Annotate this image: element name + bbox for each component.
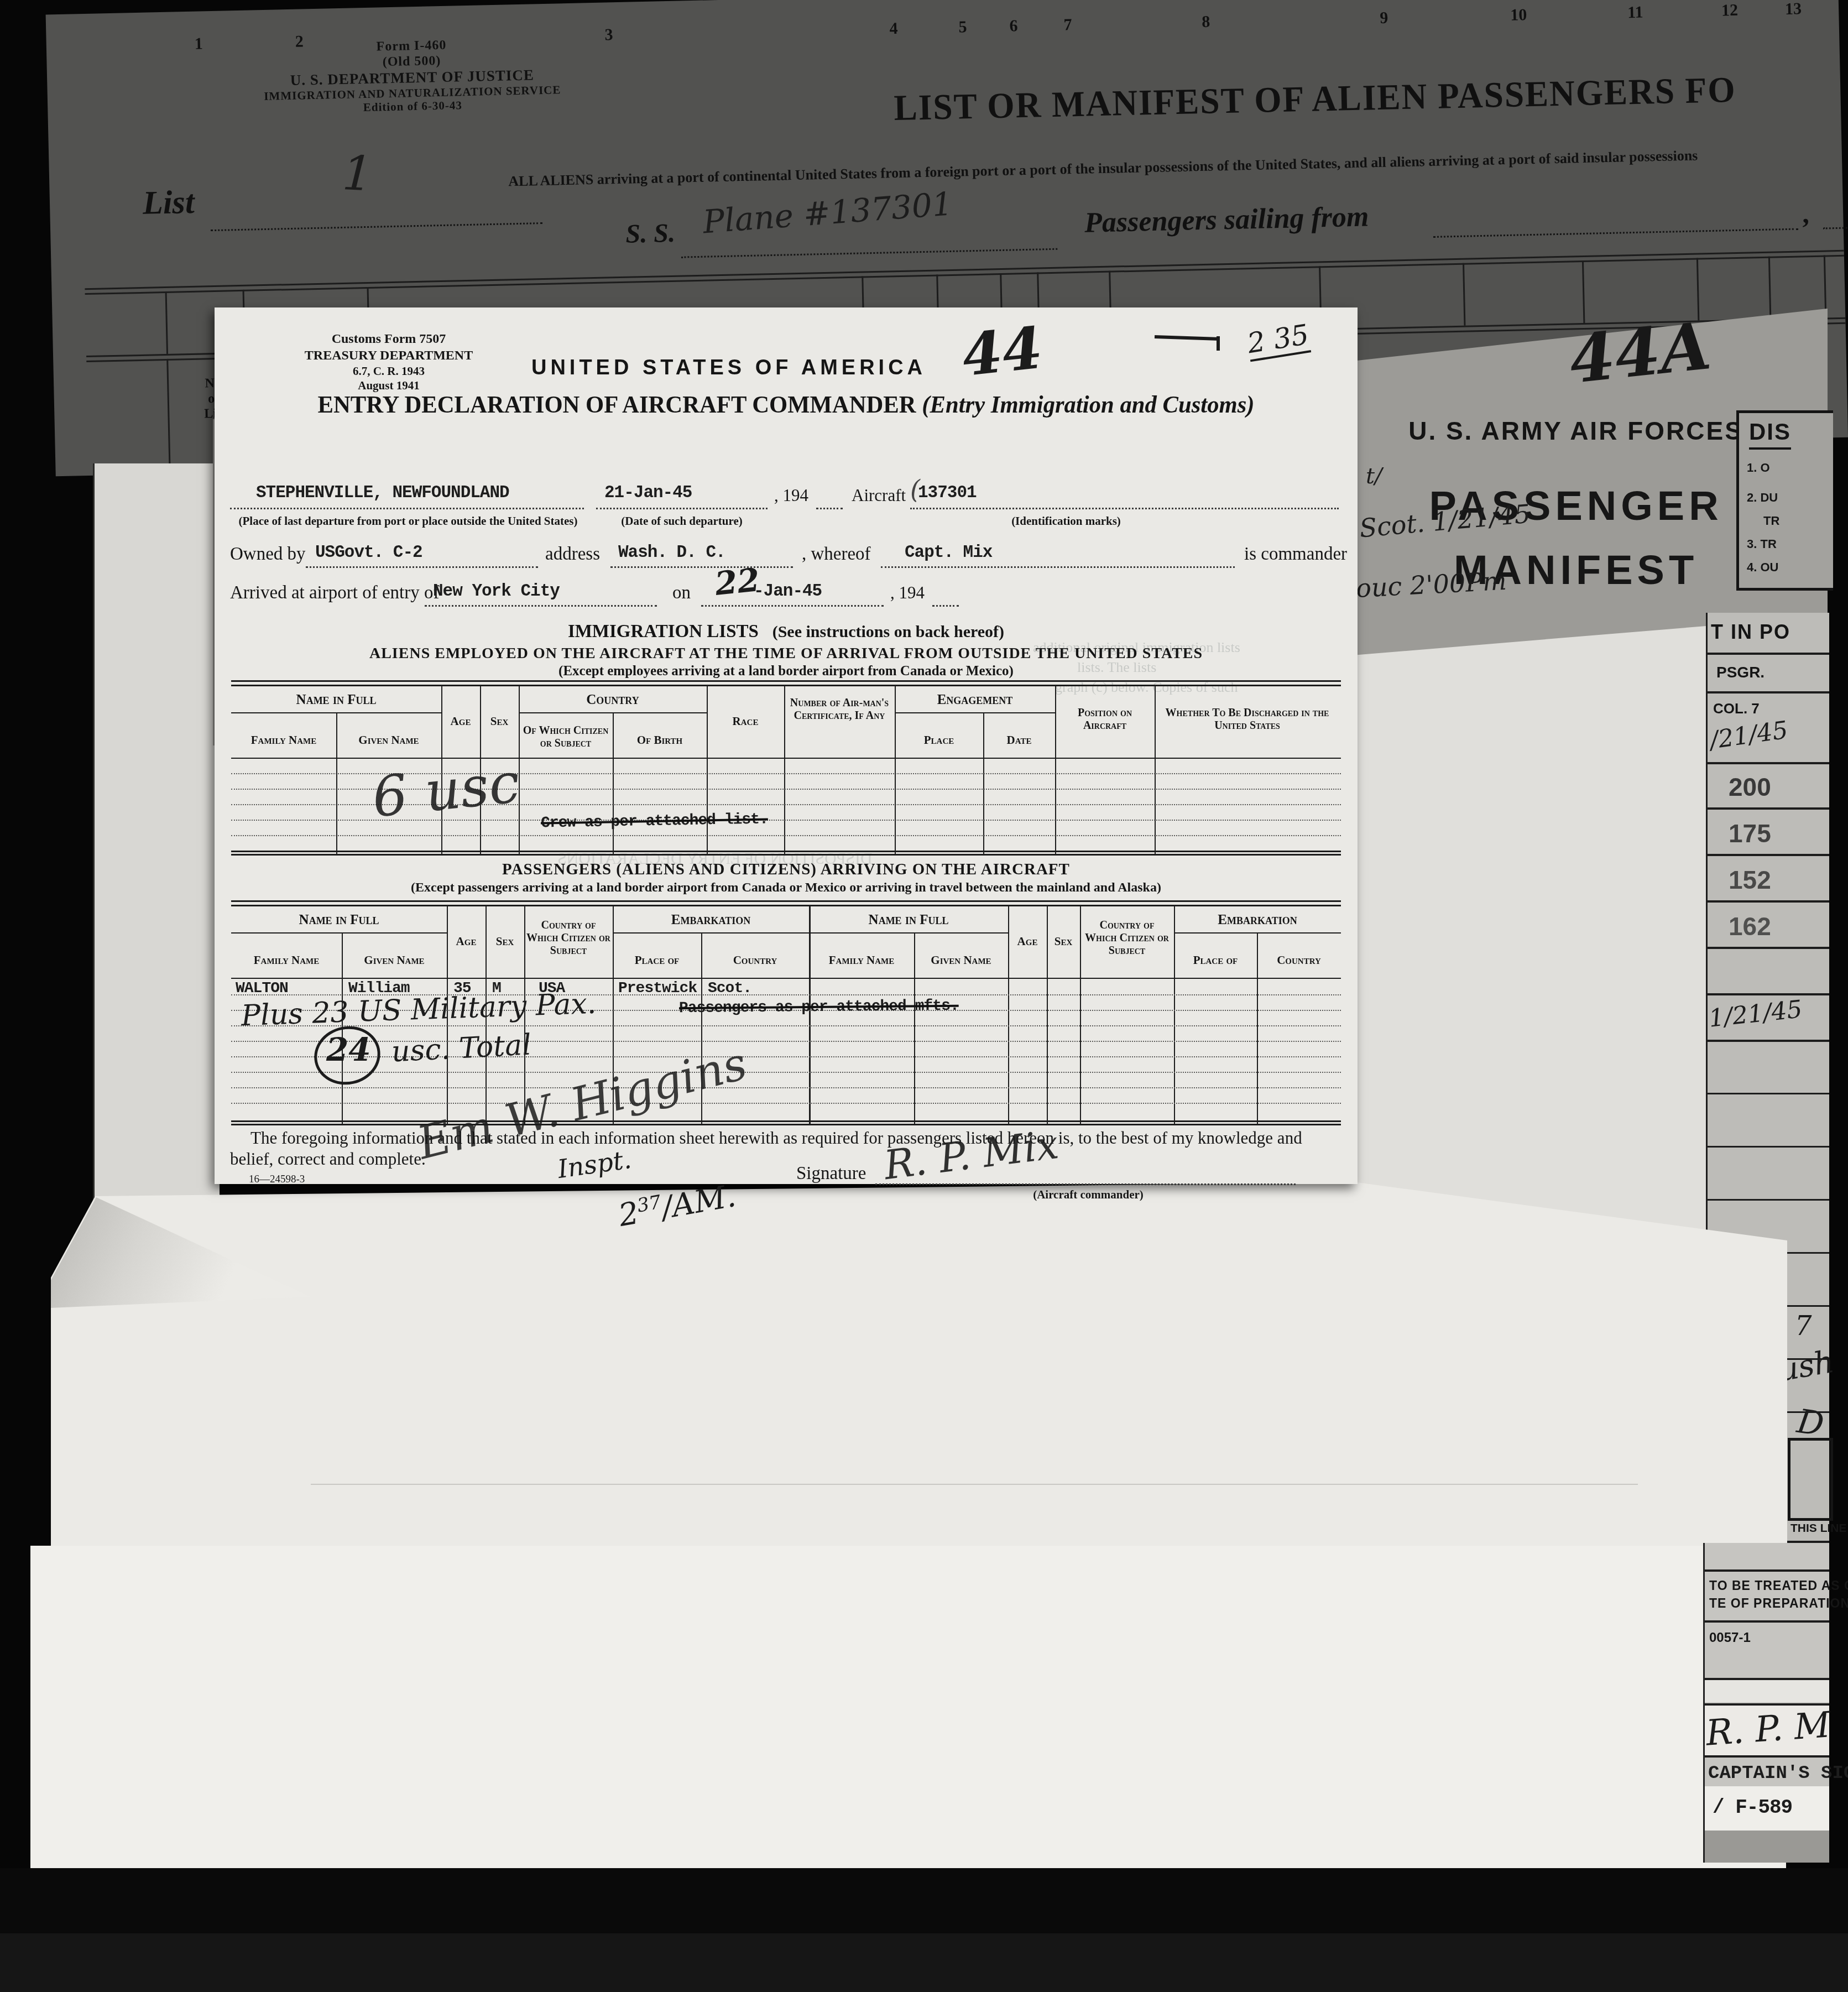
pax-total-text-handwritten: usc. Total [391, 1028, 533, 1068]
paper-edge-strip [93, 463, 220, 1238]
col7-label: COL. 7 [1713, 700, 1760, 717]
pax-section-heading: PASSENGERS (ALIENS AND CITIZENS) ARRIVIN… [215, 861, 1358, 879]
table-row [231, 1087, 1341, 1088]
sailing-from-label: Passengers sailing from [1084, 200, 1369, 239]
passenger-table: Name in Full Embarkation Age Sex Country… [231, 900, 1341, 1124]
strip-rule [1708, 762, 1829, 764]
strip-rule [1708, 854, 1829, 856]
strip-mark-handwritten-7: 7 [1795, 1311, 1812, 1342]
pax-h-embark-group-l: Embarkation [613, 912, 809, 928]
crew-h-race: Race [707, 715, 784, 728]
departure-place-caption: (Place of last departure from port or pl… [231, 514, 585, 528]
stamped-count-1: 200 [1729, 772, 1771, 802]
list-underline [211, 222, 542, 231]
sailing-underline-2 [1823, 226, 1848, 229]
pax-family-value: WALTON [236, 980, 288, 997]
group-underline [895, 712, 1055, 713]
pax-section-sub: (Except passengers arriving at a land bo… [215, 880, 1358, 895]
pax-h-sex-l: Sex [486, 935, 524, 948]
field-underline [910, 508, 1339, 509]
address-label: address [545, 544, 600, 565]
pax-h-placeof-l: Place of [613, 953, 701, 967]
field-underline [610, 566, 793, 568]
crew-h-engagement-group: Engagement [895, 692, 1055, 708]
column-number-12: 12 [1721, 1, 1739, 20]
crew-h-birth: Of Birth [613, 733, 707, 747]
strip-rule [1708, 1146, 1829, 1148]
panel-rule [1705, 1620, 1829, 1623]
strip-rule [1708, 900, 1829, 903]
blank-sheet-lower [30, 1546, 1786, 1869]
pax-h-family-r: Family Name [809, 953, 914, 967]
crew-h-position: Position on Aircraft [1058, 707, 1152, 732]
column-line [1824, 255, 1826, 317]
header-rule [231, 978, 1341, 979]
header-rule [231, 758, 1341, 759]
side-note-handwritten-1: t/ [1366, 463, 1382, 489]
panel-rule [1705, 1678, 1829, 1680]
declaration-title: ENTRY DECLARATION OF AIRCRAFT COMMANDER … [232, 390, 1340, 419]
pax-h-given-l: Given Name [342, 953, 447, 967]
ghost-text-line: lists. The lists [1077, 659, 1156, 676]
page-curl [51, 1192, 311, 1308]
army-page-number-handwritten: 44A [1565, 307, 1714, 398]
col-line [983, 712, 984, 854]
psgr-label: PSGR. [1716, 664, 1765, 681]
disposition-item-2b: TR [1763, 514, 1779, 528]
column-number-9: 9 [1380, 9, 1388, 28]
declaration-title-paren: (Entry Immigration and Customs) [922, 391, 1254, 418]
declaration-title-main: ENTRY DECLARATION OF AIRCRAFT COMMANDER [317, 391, 916, 418]
stamp-box [1788, 1438, 1833, 1521]
column-number-3: 3 [604, 25, 613, 44]
strip-rule [1708, 947, 1829, 949]
strip-rule [1708, 993, 1829, 995]
pax-h-age-r: Age [1008, 935, 1047, 948]
table-border [231, 680, 1341, 682]
disposition-item-3: 3. TR [1747, 537, 1777, 551]
col-line [895, 686, 896, 854]
owner-value: USGovt. C-2 [315, 543, 422, 562]
in-port-caption: T IN PO [1711, 620, 1790, 644]
crew-section-sub: (Except employees arriving at a land bor… [215, 664, 1358, 679]
crew-h-family: Family Name [231, 733, 336, 747]
column-line [1768, 257, 1771, 319]
treated-as-line1: TO BE TREATED AS C [1709, 1578, 1848, 1593]
panel-light-band [1705, 1680, 1829, 1702]
pax-h-age-l: Age [447, 935, 486, 948]
ss-label: S. S. [625, 218, 676, 249]
strip-rule [1708, 653, 1829, 655]
field-underline [230, 508, 584, 509]
list-number-handwritten: 1 [341, 145, 374, 202]
scanned-document: Form I-460 (Old 500) U. S. DEPARTMENT OF… [0, 0, 1848, 1992]
commander-value: Capt. Mix [905, 543, 992, 562]
col-line [336, 712, 337, 854]
column-line [165, 291, 168, 354]
field-underline [425, 605, 657, 607]
year-prefix-2: , 194 [890, 583, 925, 603]
col-line [1155, 686, 1156, 854]
field-underline [306, 566, 538, 568]
on-label: on [672, 583, 691, 603]
scan-bottom-border-light [0, 1933, 1848, 1992]
pax-h-name-group-r: Name in Full [809, 912, 1008, 928]
strip-rule [1708, 691, 1829, 693]
column-number-7: 7 [1063, 15, 1072, 34]
captain-signature-handwritten: R. P. M [1705, 1704, 1832, 1754]
table-border [231, 1120, 1341, 1122]
pax-embark-place-value: Prestwick [618, 980, 697, 997]
customs-form-number: Customs Form 7507 [259, 331, 519, 347]
column-number-11: 11 [1627, 3, 1643, 23]
table-border [231, 854, 1341, 856]
col-line [914, 932, 915, 1124]
col-line [1174, 906, 1175, 1124]
army-form-bottom-rows: TO BE TREATED AS C TE OF PREPARATION 005… [1703, 1543, 1829, 1863]
pax-h-sex-r: Sex [1047, 935, 1080, 948]
entry-declaration-form: Customs Form 7507 TREASURY DEPARTMENT 6.… [215, 307, 1358, 1184]
crew-h-cert: Number of Air-man's Certificate, If Any [787, 697, 892, 722]
col-line [1055, 686, 1056, 854]
sailing-underline-1 [1433, 228, 1798, 238]
pax-h-placeof-r: Place of [1174, 953, 1257, 967]
country-heading: UNITED STATES OF AMERICA [452, 356, 1005, 380]
pax-embark-country-value: Scot. [708, 980, 751, 997]
col-line [519, 686, 520, 854]
table-row [231, 835, 1341, 836]
time-minutes: 37 [635, 1191, 663, 1217]
manifest-subtitle: ALL ALIENS arriving at a port of contine… [508, 147, 1698, 190]
whereof-label: , whereof [802, 544, 871, 565]
signature-label: Signature [796, 1164, 866, 1184]
departure-date-value: 21-Jan-45 [604, 483, 692, 503]
address-value: Wash. D. C. [618, 543, 725, 562]
strip-rule [1708, 1040, 1829, 1042]
crew-h-place: Place [895, 733, 983, 747]
panel-rule [1705, 1755, 1829, 1758]
column-number-5: 5 [958, 18, 967, 36]
disposition-item-1: 1. O [1747, 461, 1770, 475]
pax-h-embark-group-r: Embarkation [1174, 912, 1341, 928]
column-number-13: 13 [1785, 0, 1802, 19]
crew-h-country-group: Country [519, 692, 707, 708]
table-border [231, 1124, 1341, 1125]
pax-h-country2-l: Country [701, 953, 809, 967]
group-underline [613, 932, 809, 934]
table-border [231, 685, 1341, 686]
is-commander-label: is commander [1244, 544, 1347, 565]
stamped-count-2: 175 [1729, 818, 1771, 848]
column-number-1: 1 [194, 34, 203, 53]
aircraft-id-caption: (Identification marks) [950, 514, 1182, 528]
crew-h-discharge: Whether To Be Discharged in the United S… [1157, 707, 1337, 732]
table-border [231, 900, 1341, 902]
pax-h-country-r: Country of Which Citizen or Subject [1083, 919, 1171, 957]
col-line [1080, 906, 1081, 1124]
footer-line1: The foregoing information and that state… [250, 1128, 1302, 1148]
column-number-6: 6 [1009, 17, 1018, 35]
margin-line [166, 359, 171, 474]
stamped-count-3: 152 [1729, 865, 1771, 895]
panel-rule [1705, 1569, 1829, 1572]
disposition-item-4: 4. OU [1747, 560, 1778, 575]
treated-as-line2: TE OF PREPARATION [1709, 1596, 1848, 1611]
stamped-count-4: 162 [1729, 911, 1771, 941]
crew-h-age: Age [441, 715, 480, 728]
arrival-date-value: -Jan-45 [754, 582, 822, 601]
column-number-10: 10 [1510, 6, 1527, 25]
departure-date-caption: (Date of such departure) [596, 514, 768, 528]
crew-h-sex: Sex [480, 715, 519, 728]
signature-underline [875, 1183, 1296, 1185]
col-line [784, 686, 785, 854]
arrived-label: Arrived at airport of entry of [230, 583, 439, 603]
strip-date-handwritten-2: 1/21/45 [1708, 995, 1804, 1032]
blank-sheet-upper [51, 1181, 1787, 1547]
file-reference: / F-589 [1713, 1796, 1792, 1819]
column-number-4: 4 [889, 19, 898, 38]
total-circle-handwritten [309, 1020, 385, 1091]
scan-bottom-border [0, 1868, 1848, 1992]
time-note-handwritten: 2 35 [1245, 319, 1312, 362]
army-form-number: 0057-1 [1709, 1630, 1751, 1646]
pax-h-given-r: Given Name [914, 953, 1008, 967]
list-label: List [142, 183, 195, 222]
ghost-text-line: additional original immigration lists [1033, 639, 1240, 656]
airport-value: New York City [433, 582, 560, 601]
table-row [231, 1072, 1341, 1073]
field-underline [701, 605, 884, 607]
field-underline [881, 566, 1235, 568]
row-border [85, 250, 1844, 290]
crew-h-citizen: Of Which Citizen or Subject [520, 724, 612, 750]
comma-glyph: , [1802, 197, 1810, 230]
departure-place-value: STEPHENVILLE, NEWFOUNDLAND [256, 483, 509, 503]
check-dash-handwritten [1155, 335, 1220, 341]
pax-h-country2-r: Country [1257, 953, 1341, 967]
pax-attached-note-struck: Passengers as per attached mfts. [679, 998, 959, 1017]
crew-attached-note-struck: Crew as per attached list. [541, 811, 768, 832]
strip-date-handwritten-1: /21/45 [1708, 716, 1789, 754]
aircraft-value: 137301 [918, 483, 977, 503]
year-prefix-1: , 194 [774, 486, 808, 505]
column-line [1463, 263, 1465, 326]
disposition-item-2: 2. DU [1747, 491, 1778, 505]
crew-h-date: Date [983, 733, 1055, 747]
crew-table: Name in Full Country Engagement Age Sex … [231, 680, 1341, 854]
army-org-name: U. S. ARMY AIR FORCES [1393, 416, 1758, 446]
print-code: 16—24598-3 [249, 1174, 305, 1186]
ss-underline [681, 248, 1057, 258]
table-border [231, 851, 1341, 852]
col-line [1257, 932, 1258, 1124]
pax-h-family-l: Family Name [231, 953, 342, 967]
crew-h-given: Given Name [336, 733, 441, 747]
column-line [1582, 260, 1585, 323]
aircraft-label: Aircraft [852, 486, 906, 505]
whereof-word: whereof [811, 544, 871, 564]
sheet-seam [311, 1484, 1638, 1485]
strip-rule [1708, 1199, 1829, 1201]
signature-caption: (Aircraft commander) [956, 1188, 1221, 1202]
this-line-label: THIS LINE [1790, 1522, 1847, 1535]
crew-h-name-group: Name in Full [231, 692, 441, 708]
inspector-title-handwritten: Inspt. [556, 1144, 633, 1184]
group-underline [231, 932, 447, 934]
footer-line2: belief, correct and complete. [230, 1149, 426, 1169]
pax-h-name-group-l: Name in Full [231, 912, 447, 928]
check-dash-tail [1217, 336, 1220, 351]
strip-rule [1708, 1093, 1829, 1094]
row-border [85, 255, 1844, 295]
panel-gray-band [1705, 1831, 1829, 1863]
col-line [613, 712, 614, 854]
field-underline [596, 508, 768, 509]
captains-signature-caption: CAPTAIN'S SIGN [1708, 1763, 1848, 1784]
group-underline [809, 932, 1008, 934]
col-line [1047, 906, 1048, 1124]
disposition-header: DIS [1749, 419, 1791, 450]
crew-count-handwritten: 6 usc [369, 750, 523, 830]
table-row [231, 1103, 1341, 1104]
pax-h-country-l: Country of Which Citizen or Subject [525, 919, 612, 957]
disposition-box: DIS 1. O 2. DU TR 3. TR 4. OU [1736, 410, 1833, 591]
field-underline [932, 605, 959, 607]
column-number-8: 8 [1202, 13, 1210, 32]
ss-value-handwritten: Plane #137301 [702, 185, 954, 241]
col-line [707, 686, 708, 854]
column-number-2: 2 [295, 32, 304, 51]
manifest-title: LIST OR MANIFEST OF ALIEN PASSENGERS FO [894, 69, 1736, 129]
imm-lists-heading: IMMIGRATION LISTS [568, 622, 759, 642]
field-underline [816, 508, 843, 509]
imm-lists-sub: (See instructions on back hereof) [772, 623, 1004, 641]
col-line [1008, 906, 1009, 1124]
aircraft-overwrite-handwritten: ( [910, 474, 920, 504]
strip-rule [1708, 807, 1829, 810]
owned-by-label: Owned by [230, 544, 306, 565]
